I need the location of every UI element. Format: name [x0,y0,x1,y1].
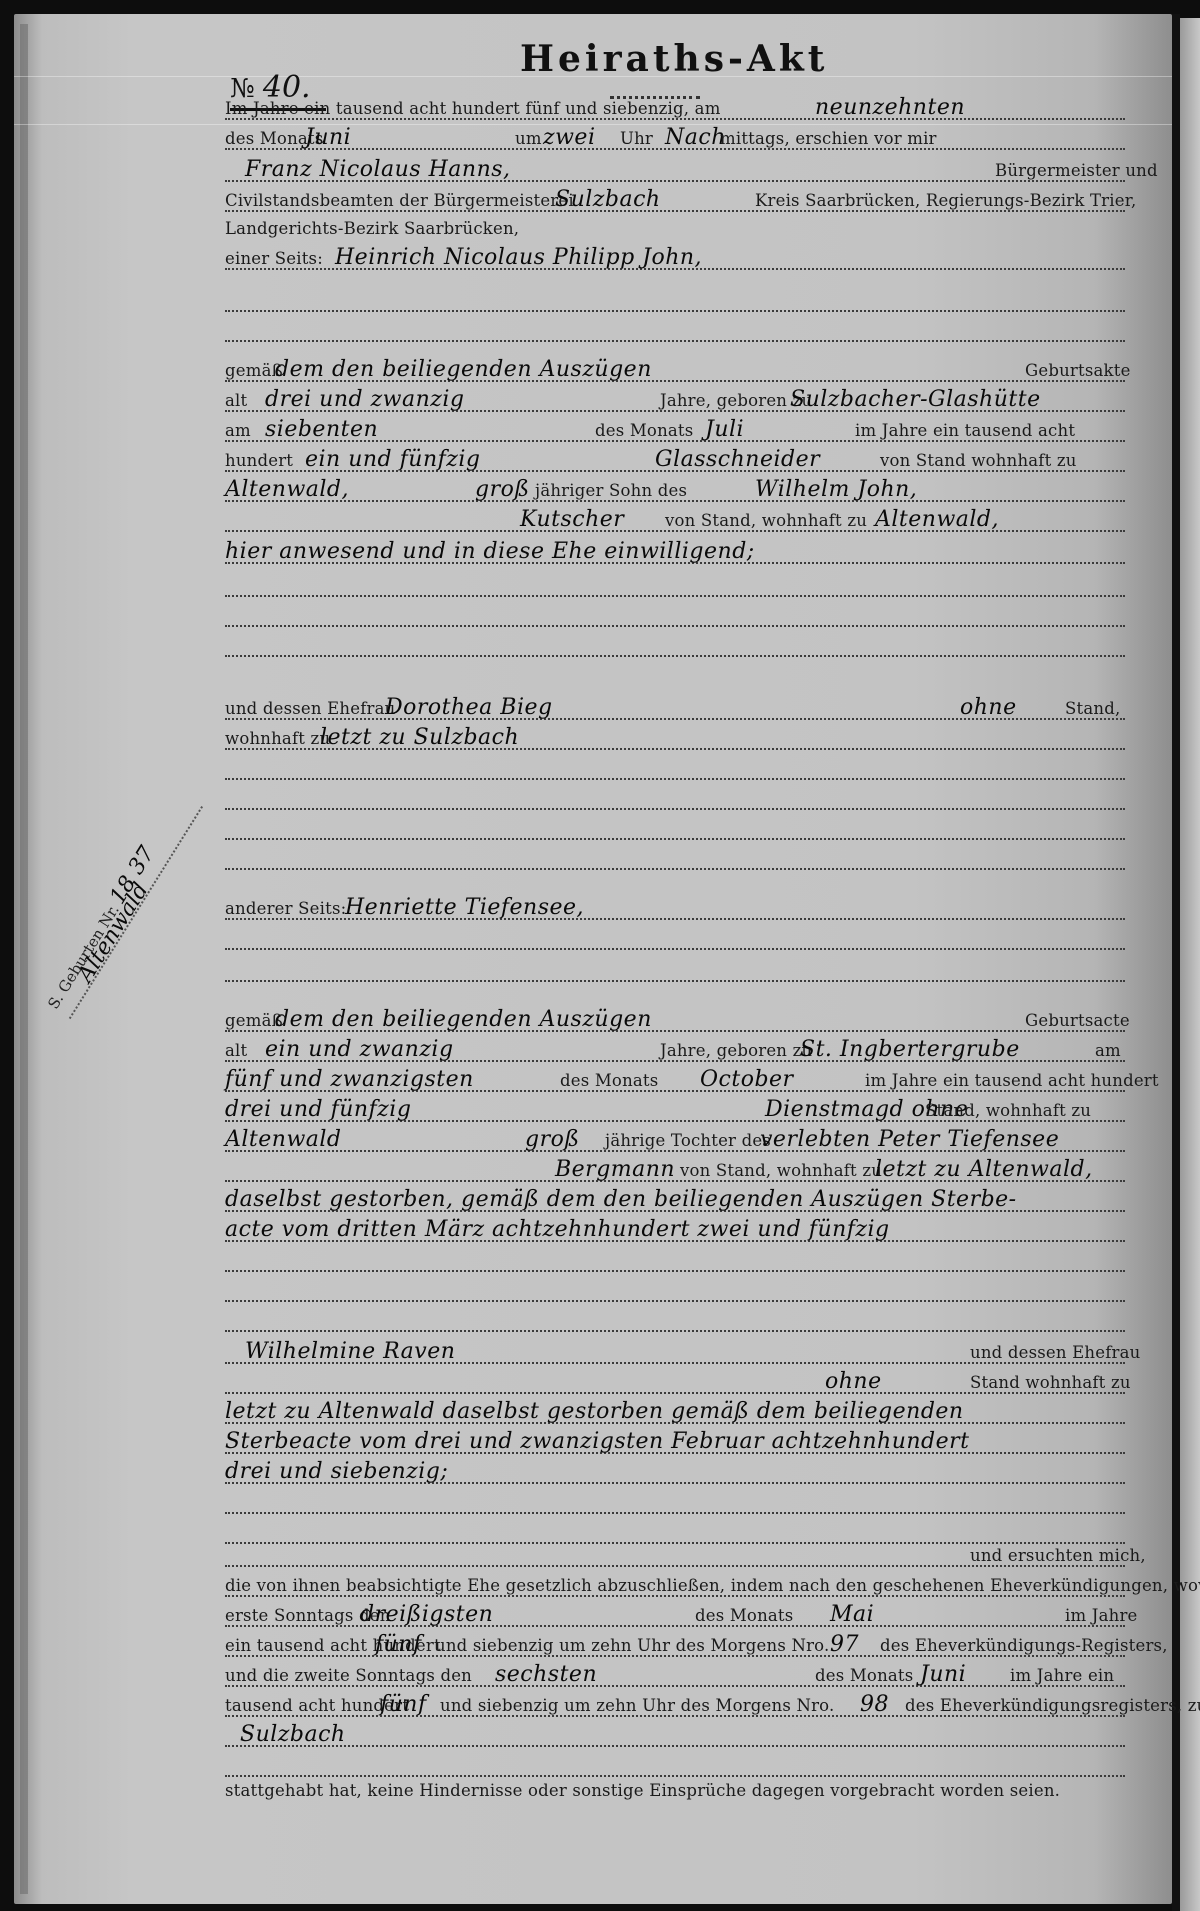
dotted-rule [225,1685,1125,1687]
blank-form-line [225,599,1125,629]
printed-label: jähriger Sohn des [535,481,687,500]
form-line: altein und zwanzigJahre, geboren zuSt. I… [225,1034,1125,1064]
handwritten-entry: October [700,1067,794,1092]
dotted-rule [225,625,1125,627]
printed-label: Landgerichts-Bezirk Saarbrücken, [225,219,519,238]
printed-label: des Monats [695,1606,793,1625]
form-line: amsiebentendes MonatsJuliim Jahre ein ta… [225,414,1125,444]
form-line: tausend acht hundertfünfund siebenzig um… [225,1689,1125,1719]
handwritten-entry: Juni [920,1662,966,1687]
handwritten-entry: Wilhelm John, [755,477,917,502]
form-line: hundertein und fünfzigGlasschneidervon S… [225,444,1125,474]
form-line: erste Sonntags dendreißigstendes MonatsM… [225,1599,1125,1629]
form-line: letzt zu Altenwald daselbst gestorben ge… [225,1396,1125,1426]
blank-form-line [225,1244,1125,1274]
blank-form-line [225,1486,1125,1516]
handwritten-entry: Altenwald [225,1127,342,1152]
handwritten-entry: Juli [705,417,744,442]
form-line: Im Jahre ein tausend acht hundert fünf u… [225,92,1125,122]
blank-form-line [225,922,1125,952]
handwritten-entry: fünf und zwanzigsten [225,1067,474,1092]
handwritten-entry: Kutscher [520,507,624,532]
dotted-rule [225,1300,1125,1302]
dotted-rule [225,1392,1125,1394]
printed-label: anderer Seits: [225,899,346,918]
printed-label: um [515,129,542,148]
handwritten-entry: Henriette Tiefensee, [345,895,584,920]
handwritten-entry: ohne [960,695,1017,720]
form-line: Wilhelmine Ravenund dessen Ehefrau [225,1336,1125,1366]
dotted-rule [225,1542,1125,1544]
handwritten-entry: Juni [305,125,351,150]
handwritten-entry: acte vom dritten März achtzehnhundert zw… [225,1217,890,1242]
printed-label: alt [225,1041,247,1060]
printed-label: des Eheverkündigungs-Registers, [880,1636,1168,1655]
form-line: gemäßdem den beiliegenden AuszügenGeburt… [225,354,1125,384]
printed-label: Stand, wohnhaft zu [925,1101,1091,1120]
handwritten-entry: St. Ingbertergrube [800,1037,1020,1062]
dotted-rule [225,118,1125,120]
form-line: hier anwesend und in diese Ehe einwillig… [225,536,1125,566]
blank-form-line [225,629,1125,659]
handwritten-entry: Sulzbach [555,187,661,212]
handwritten-entry: siebenten [265,417,378,442]
form-line: Franz Nicolaus Hanns,Bürgermeister und [225,154,1125,184]
printed-label: und dessen Ehefrau [225,699,395,718]
form-line: und die zweite Sonntags densechstendes M… [225,1659,1125,1689]
form-line: ohneStand wohnhaft zu [225,1366,1125,1396]
dotted-rule [225,1655,1125,1657]
handwritten-entry: dem den beiliegenden Auszügen [275,1007,652,1032]
handwritten-entry: drei und zwanzig [265,387,464,412]
dotted-rule [225,808,1125,810]
blank-form-line [225,284,1125,314]
document-title: Heiraths-Akt [520,38,828,80]
handwritten-entry: Altenwald, [225,477,349,502]
printed-label: wohnhaft zu [225,729,330,748]
blank-form-line [225,1274,1125,1304]
printed-label: Geburtsacte [1025,1011,1130,1030]
handwritten-entry: zwei [543,125,595,150]
handwritten-entry: letzt zu Altenwald daselbst gestorben ge… [225,1399,964,1424]
printed-label: Kreis Saarbrücken, Regierungs-Bezirk Tri… [755,191,1136,210]
printed-label: und siebenzig um zehn Uhr des Morgens Nr… [435,1636,829,1655]
blank-form-line [225,782,1125,812]
form-line: Altenwald,großjähriger Sohn desWilhelm J… [225,474,1125,504]
handwritten-entry: Altenwald, [875,507,999,532]
handwritten-entry: Glasschneider [655,447,820,472]
form-line: acte vom dritten März achtzehnhundert zw… [225,1214,1125,1244]
blank-form-line [225,569,1125,599]
handwritten-entry: verlebten Peter Tiefensee [760,1127,1059,1152]
handwritten-entry: Sterbeacte vom drei und zwanzigsten Febr… [225,1429,970,1454]
handwritten-entry: ein und fünfzig [305,447,480,472]
printed-label: und dessen Ehefrau [970,1343,1140,1362]
printed-label: Stand wohnhaft zu [970,1373,1131,1392]
handwritten-entry: ohne [825,1369,882,1394]
handwritten-entry: sechsten [495,1662,597,1687]
printed-label: von Stand, wohnhaft zu [680,1161,882,1180]
handwritten-entry: 97 [830,1632,859,1657]
printed-label: jährige Tochter des [605,1131,771,1150]
handwritten-entry: ein und zwanzig [265,1037,454,1062]
blank-form-line [225,1516,1125,1546]
printed-label: Geburtsakte [1025,361,1131,380]
book-spine [1172,14,1180,1911]
handwritten-entry: hier anwesend und in diese Ehe einwillig… [225,539,755,564]
dotted-rule [225,778,1125,780]
blank-form-line [225,314,1125,344]
handwritten-entry: neunzehnten [815,95,965,120]
blank-form-line [225,1749,1125,1779]
handwritten-entry: Wilhelmine Raven [245,1339,455,1364]
dotted-rule [225,838,1125,840]
printed-label: von Stand wohnhaft zu [880,451,1077,470]
dotted-rule [225,1745,1125,1747]
dotted-rule [225,1565,1125,1567]
handwritten-entry: drei und siebenzig; [225,1459,448,1484]
dotted-rule [225,595,1125,597]
handwritten-entry: Bergmann [555,1157,675,1182]
adjacent-page-edge [1180,18,1200,1911]
handwritten-entry: drei und fünfzig [225,1097,411,1122]
form-line: Sterbeacte vom drei und zwanzigsten Febr… [225,1426,1125,1456]
dotted-rule [225,310,1125,312]
dotted-rule [225,1330,1125,1332]
handwritten-entry: Sulzbacher-Glashütte [790,387,1041,412]
dotted-rule [225,980,1125,982]
form-line: gemäßdem den beiliegenden AuszügenGeburt… [225,1004,1125,1034]
printed-label: Civilstandsbeamten der Bürgermeisterei [225,191,574,210]
printed-label: des Monats [815,1666,913,1685]
handwritten-entry: 98 [860,1692,889,1717]
form-line: Civilstandsbeamten der BürgermeistereiSu… [225,184,1125,214]
printed-label: am [225,421,251,440]
printed-label: Jahre, geboren zu [660,1041,812,1060]
handwritten-entry: fünf [380,1692,427,1717]
handwritten-entry: dem den beiliegenden Auszügen [275,357,652,382]
form-line: fünf und zwanzigstendes MonatsOctoberim … [225,1064,1125,1094]
printed-label: im Jahre [1065,1606,1138,1625]
printed-label: Uhr [620,129,653,148]
form-line: einer Seits:Heinrich Nicolaus Philipp Jo… [225,242,1125,272]
form-line: Sulzbach [225,1719,1125,1749]
form-line: wohnhaft zuletzt zu Sulzbach [225,722,1125,752]
blank-form-line [225,752,1125,782]
printed-label: von Stand, wohnhaft zu [665,511,867,530]
handwritten-entry: Nach [665,125,726,150]
printed-label: mittags, erschien vor mir [720,129,937,148]
printed-label: und siebenzig um zehn Uhr des Morgens Nr… [440,1696,834,1715]
dotted-rule [225,655,1125,657]
form-line: daselbst gestorben, gemäß dem den beilie… [225,1184,1125,1214]
form-line: Altenwaldgroßjährige Tochter desverlebte… [225,1124,1125,1154]
blank-form-line [225,954,1125,984]
form-line: drei und fünfzigDienstmagd ohneStand, wo… [225,1094,1125,1124]
form-line: und dessen EhefrauDorothea BiegohneStand… [225,692,1125,722]
printed-label: Im Jahre ein tausend acht hundert fünf u… [225,99,721,118]
form-line: ein tausend acht hundertfünfund siebenzi… [225,1629,1125,1659]
dotted-rule [225,1775,1125,1777]
blank-form-line [225,1304,1125,1334]
printed-label: einer Seits: [225,249,323,268]
form-line: des MonatsJuniumzweiUhrNachmittags, ersc… [225,122,1125,152]
form-line: anderer Seits:Henriette Tiefensee, [225,892,1125,922]
handwritten-entry: dreißigsten [360,1602,493,1627]
printed-label: und die zweite Sonntags den [225,1666,472,1685]
printed-label: im Jahre ein tausend acht [855,421,1075,440]
printed-label: Stand, [1065,699,1120,718]
printed-label: hundert [225,451,293,470]
handwritten-entry: letzt zu Altenwald, [875,1157,1093,1182]
form-line: Kutschervon Stand, wohnhaft zuAltenwald, [225,504,1125,534]
handwritten-entry: letzt zu Sulzbach [320,725,519,750]
printed-label: im Jahre ein [1010,1666,1114,1685]
form-line: Bergmannvon Stand, wohnhaft zuletzt zu A… [225,1154,1125,1184]
handwritten-entry: fünf [375,1632,422,1657]
handwritten-entry: groß [475,477,530,502]
printed-label: stattgehabt hat, keine Hindernisse oder … [225,1781,1060,1800]
dotted-rule [225,1595,1125,1597]
form-line: die von ihnen beabsichtigte Ehe gesetzli… [225,1569,1125,1599]
handwritten-entry: Heinrich Nicolaus Philipp John, [335,245,702,270]
printed-label: und ersuchten mich, [970,1546,1146,1565]
printed-label: des Monats [560,1071,658,1090]
printed-label: Bürgermeister und [995,161,1158,180]
handwritten-entry: groß [525,1127,580,1152]
dotted-rule [225,868,1125,870]
form-line: drei und siebenzig; [225,1456,1125,1486]
dotted-rule [225,1715,1125,1717]
dotted-rule [225,500,1125,502]
form-line: altdrei und zwanzigJahre, geboren zuSulz… [225,384,1125,414]
blank-form-line [225,842,1125,872]
printed-label: die von ihnen beabsichtigte Ehe gesetzli… [225,1576,1200,1595]
form-line: Landgerichts-Bezirk Saarbrücken, [225,212,1125,242]
dotted-rule [225,948,1125,950]
dotted-rule [225,1512,1125,1514]
printed-label: am [1095,1041,1121,1060]
handwritten-entry: Franz Nicolaus Hanns, [245,157,511,182]
dotted-rule [225,340,1125,342]
handwritten-entry: daselbst gestorben, gemäß dem den beilie… [225,1187,1017,1212]
blank-form-line [225,812,1125,842]
handwritten-entry: Mai [830,1602,874,1627]
printed-label: alt [225,391,247,410]
handwritten-entry: Dorothea Bieg [385,695,553,720]
handwritten-entry: Sulzbach [240,1722,346,1747]
printed-label: im Jahre ein tausend acht hundert [865,1071,1159,1090]
dotted-rule [225,1270,1125,1272]
printed-label: des Eheverkündigungsregisters, zu [905,1696,1200,1715]
printed-label: des Monats [595,421,693,440]
